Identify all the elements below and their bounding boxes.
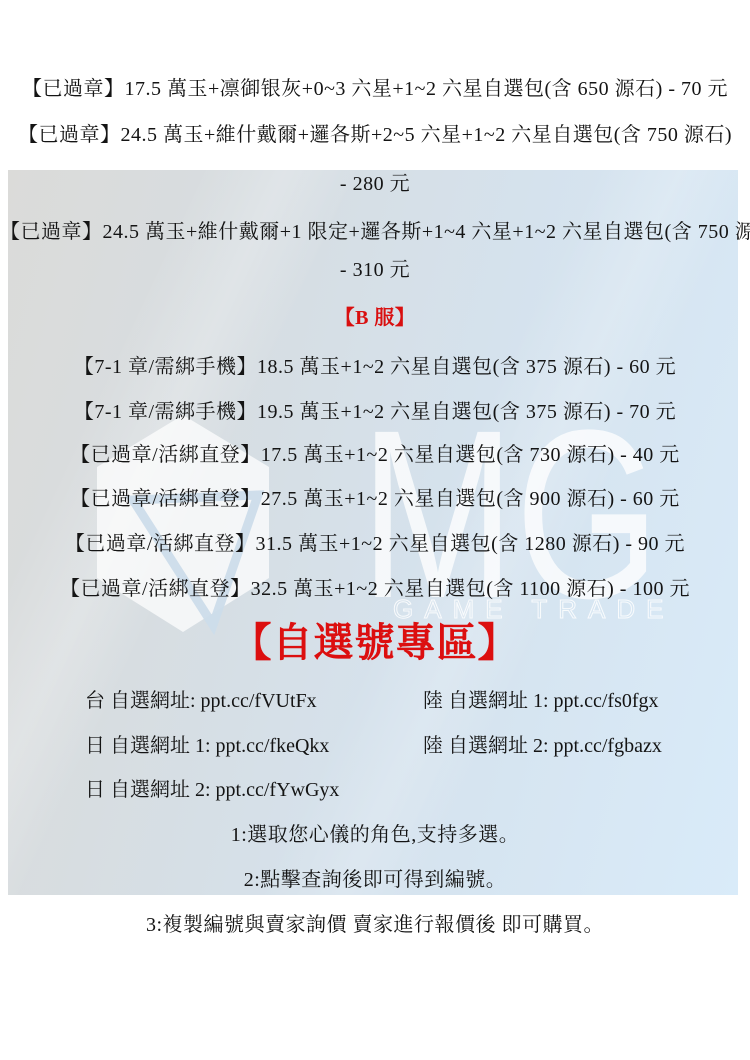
url-cn-2: 陸 自選網址 2: ppt.cc/fgbazx <box>423 733 662 759</box>
listing-line: 【7-1 章/需綁手機】19.5 萬玉+1~2 六星自選包(含 375 源石) … <box>0 399 750 425</box>
url-row: 日 自選網址 1: ppt.cc/fkeQkx 陸 自選網址 2: ppt.cc… <box>0 733 750 759</box>
url-cn-1: 陸 自選網址 1: ppt.cc/fs0fgx <box>423 688 659 714</box>
url-row: 台 自選網址: ppt.cc/fVUtFx 陸 自選網址 1: ppt.cc/f… <box>0 688 750 714</box>
instruction-line: 3:複製編號與賣家詢價 賣家進行報價後 即可購買。 <box>0 912 750 938</box>
url-jp-2: 日 自選網址 2: ppt.cc/fYwGyx <box>85 777 339 803</box>
instruction-line: 2:點擊查詢後即可得到編號。 <box>0 867 750 893</box>
url-tw: 台 自選網址: ppt.cc/fVUtFx <box>85 688 317 714</box>
url-jp-1: 日 自選網址 1: ppt.cc/fkeQkx <box>85 733 329 759</box>
listing-line: 【已過章/活綁直登】31.5 萬玉+1~2 六星自選包(含 1280 源石) -… <box>0 531 750 557</box>
listing-line: 【7-1 章/需綁手機】18.5 萬玉+1~2 六星自選包(含 375 源石) … <box>0 354 750 380</box>
price-list-page: MG GAME TRADE 【已過章】17.5 萬玉+凛御银灰+0~3 六星+1… <box>0 0 750 1060</box>
section-title-custom-id-zone: 【自選號專區】 <box>0 620 750 666</box>
listing-line: 【已過章】24.5 萬玉+維什戴爾+1 限定+邏各斯+1~4 六星+1~2 六星… <box>0 219 750 245</box>
listing-price-line: - 280 元 <box>0 171 750 197</box>
listing-line: 【已過章/活綁直登】32.5 萬玉+1~2 六星自選包(含 1100 源石) -… <box>0 576 750 602</box>
listing-line: 【已過章】17.5 萬玉+凛御银灰+0~3 六星+1~2 六星自選包(含 650… <box>0 76 750 102</box>
listing-line: 【已過章】24.5 萬玉+維什戴爾+邏各斯+2~5 六星+1~2 六星自選包(含… <box>0 122 750 148</box>
url-row: 日 自選網址 2: ppt.cc/fYwGyx <box>0 777 750 803</box>
b-server-heading: 【B 服】 <box>0 305 750 331</box>
instruction-line: 1:選取您心儀的角色,支持多選。 <box>0 822 750 848</box>
listing-price-line: - 310 元 <box>0 257 750 283</box>
listing-line: 【已過章/活綁直登】27.5 萬玉+1~2 六星自選包(含 900 源石) - … <box>0 486 750 512</box>
listing-line: 【已過章/活綁直登】17.5 萬玉+1~2 六星自選包(含 730 源石) - … <box>0 442 750 468</box>
